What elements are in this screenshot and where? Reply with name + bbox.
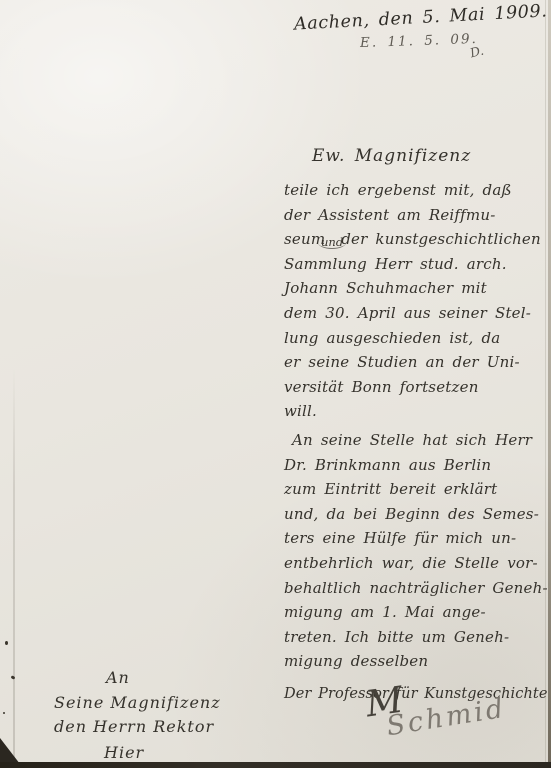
interlinear-insertion: und <box>318 236 346 249</box>
address-block: An Seine Magnifizenz den Herrn Rektor Hi… <box>42 666 272 765</box>
handwritten-line: Sammlung Herr stud. arch. <box>284 252 548 277</box>
handwritten-line: An seine Stelle hat sich Herr <box>284 428 548 453</box>
handwritten-line: versität Bonn fortsetzen <box>284 375 548 400</box>
address-line: den Herrn Rektor <box>42 715 272 740</box>
scan-edge-bottom <box>0 762 551 768</box>
handwritten-line: teile ich ergebenst mit, daß <box>284 178 548 203</box>
registry-initial: D. <box>468 43 485 61</box>
paragraph-2: An seine Stelle hat sich Herr Dr. Brinkm… <box>284 428 548 674</box>
handwritten-line: migung desselben <box>284 649 548 674</box>
handwritten-line: und, da bei Beginn des Semes- <box>284 502 548 527</box>
registry-note: E. 11. 5. 09. <box>360 31 478 51</box>
handwritten-line: der Assistent am Reiffmu- <box>284 203 548 228</box>
paper-crease <box>13 368 15 768</box>
handwritten-line: zum Eintritt bereit erklärt <box>284 477 548 502</box>
letter-body: Ew. Magnifizenz und teile ich ergebenst … <box>284 146 548 702</box>
scan-speck <box>3 712 5 714</box>
letter-page: Aachen, den 5. Mai 1909. E. 11. 5. 09. D… <box>0 0 551 768</box>
salutation: Ew. Magnifizenz <box>284 146 548 178</box>
address-line: An <box>42 666 272 691</box>
scan-edge-right-inner <box>545 0 546 768</box>
paragraph-1: und teile ich ergebenst mit, daß der Ass… <box>284 178 548 424</box>
scan-corner-bottom-left <box>0 738 20 764</box>
dateline: Aachen, den 5. Mai 1909. <box>294 1 548 34</box>
handwritten-line: er seine Studien an der Uni- <box>284 350 548 375</box>
signature: M Schmid <box>356 684 546 764</box>
handwritten-line: Dr. Brinkmann aus Berlin <box>284 453 548 478</box>
handwritten-line: dem 30. April aus seiner Stel- <box>284 301 548 326</box>
handwritten-line: ters eine Hülfe für mich un- <box>284 526 548 551</box>
handwritten-line: migung am 1. Mai ange- <box>284 600 548 625</box>
handwritten-line: entbehrlich war, die Stelle vor- <box>284 551 548 576</box>
handwritten-line: treten. Ich bitte um Geneh- <box>284 625 548 650</box>
handwritten-line: Johann Schuhmacher mit <box>284 276 548 301</box>
handwritten-line: will. <box>284 399 548 424</box>
handwritten-line: behaltlich nachträglicher Geneh- <box>284 576 548 601</box>
address-line: Seine Magnifizenz <box>42 691 272 716</box>
scan-speck <box>5 641 8 645</box>
handwritten-line: lung ausgeschieden ist, da <box>284 326 548 351</box>
